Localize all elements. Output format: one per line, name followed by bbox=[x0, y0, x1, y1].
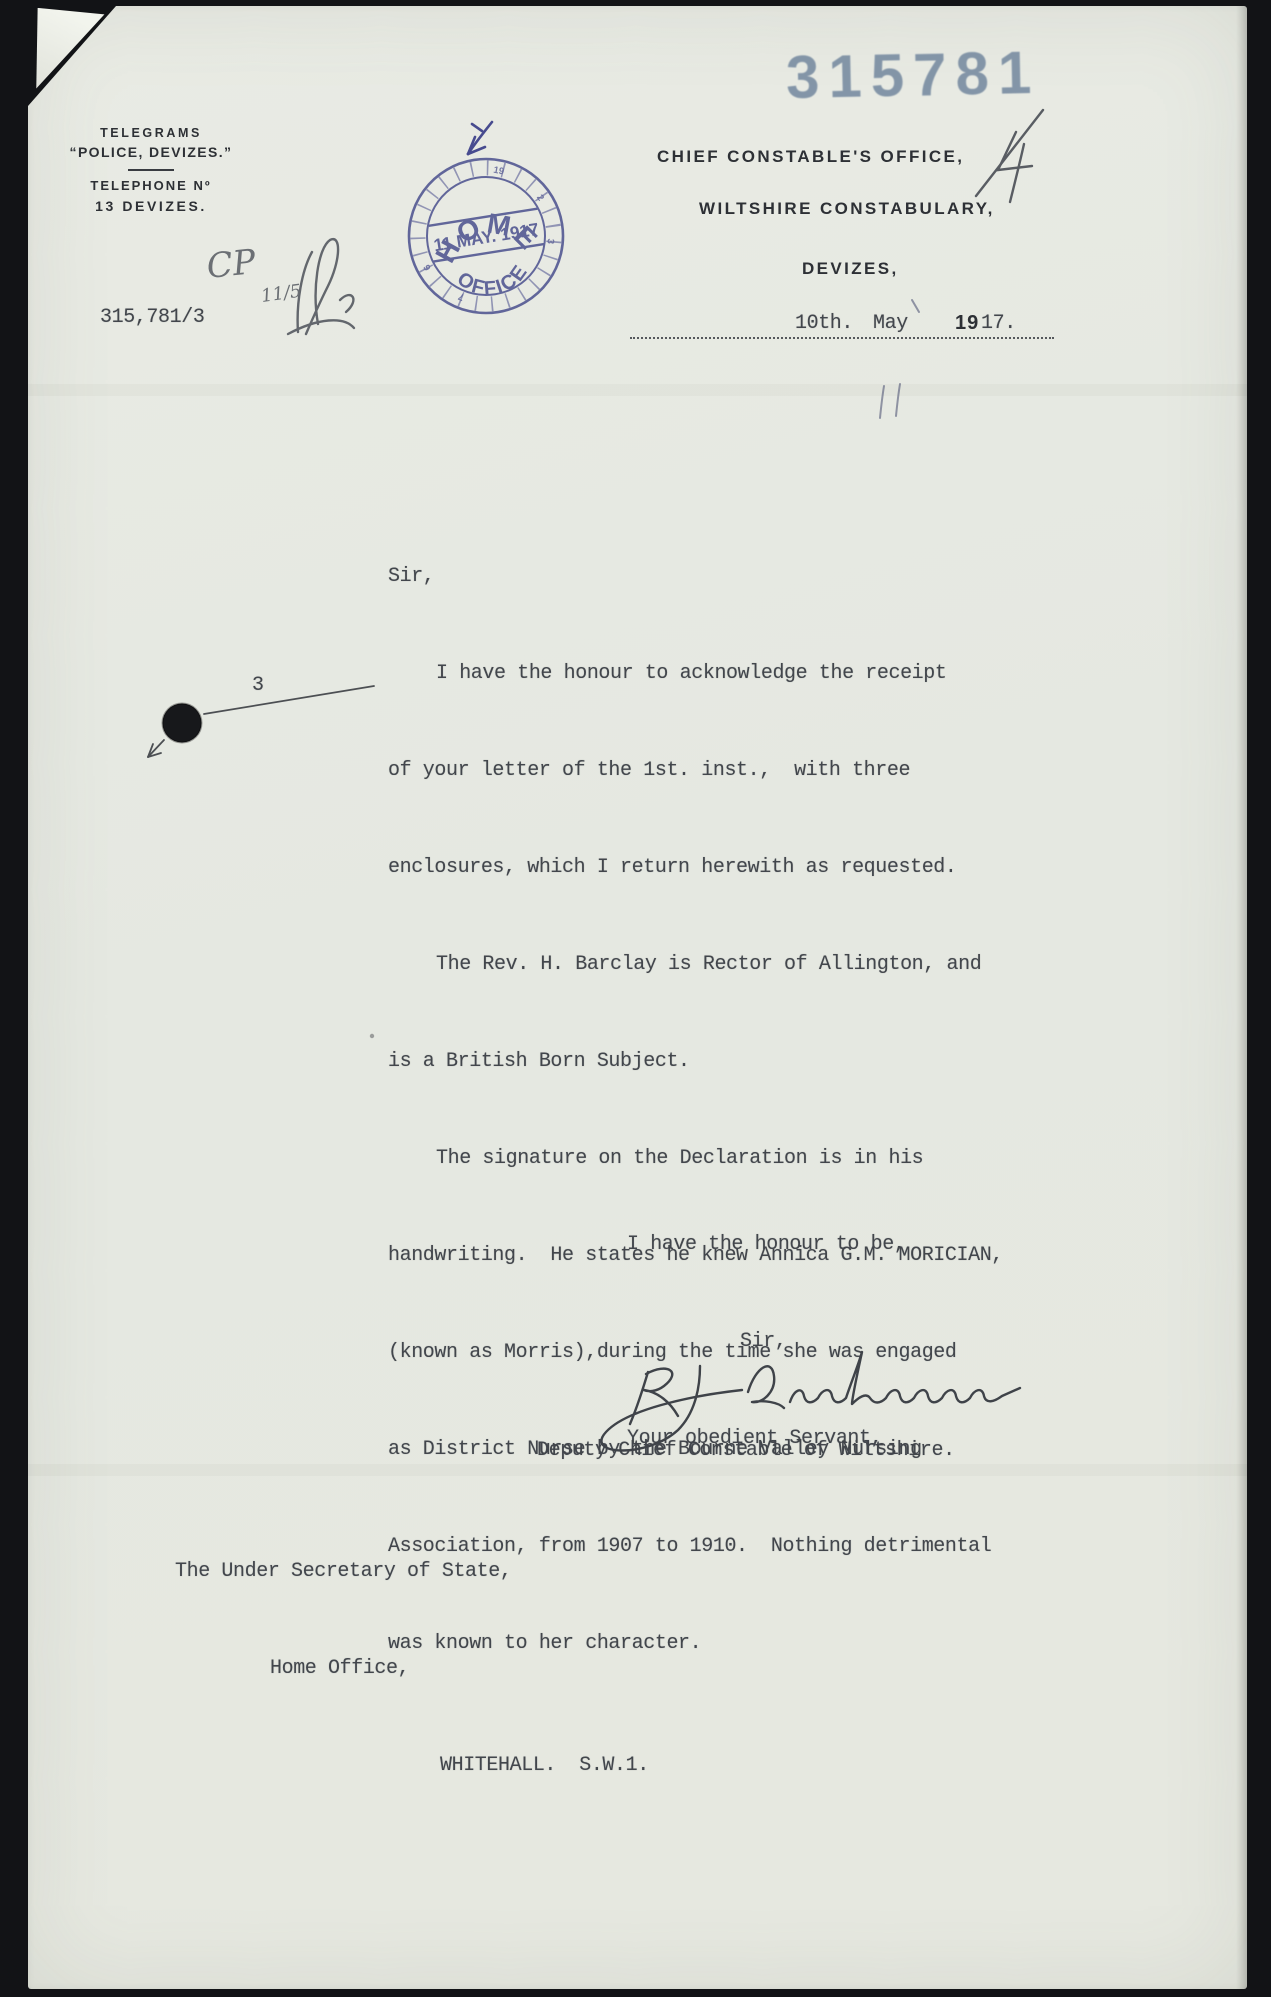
stamp-ring-digit: 3 bbox=[545, 238, 556, 244]
letterhead-force: WILTSHIRE CONSTABULARY, bbox=[699, 199, 995, 219]
letterhead-office: CHIEF CONSTABLE'S OFFICE, bbox=[657, 147, 964, 167]
letter-line: of your letter of the 1st. inst., with t… bbox=[388, 745, 1003, 796]
letter-line: I have the honour to acknowledge the rec… bbox=[388, 648, 1003, 699]
telegrams-label: TELEGRAMS bbox=[60, 126, 242, 140]
letterhead-town: DEVIZES, bbox=[802, 259, 899, 279]
letter-line: is a British Born Subject. bbox=[388, 1036, 1003, 1087]
registry-number-stamp: 315781 bbox=[785, 37, 1086, 112]
punch-annotation-label: 3 bbox=[252, 672, 264, 700]
date-year-typed: 17. bbox=[981, 312, 1016, 335]
recipient-line: The Under Secretary of State, bbox=[175, 1546, 649, 1597]
stamp-ring-digit: 7 bbox=[457, 290, 466, 302]
telephone-value: 13 DEVIZES. bbox=[60, 198, 242, 214]
date-day: 10th. bbox=[795, 312, 853, 335]
letterhead-left: TELEGRAMS “POLICE, DEVIZES.” TELEPHONE N… bbox=[60, 126, 242, 214]
closing-line: I have the honour to be, bbox=[627, 1219, 905, 1270]
recipient-line: WHITEHALL. S.W.1. bbox=[175, 1740, 649, 1791]
telephone-label: TELEPHONE Nº bbox=[60, 178, 242, 193]
letter-line: The Rev. H. Barclay is Rector of Allingt… bbox=[388, 939, 1003, 990]
telegrams-value: “POLICE, DEVIZES.” bbox=[60, 144, 242, 160]
date-year-printed: 19 bbox=[955, 312, 979, 335]
recipient-address: The Under Secretary of State, Home Offic… bbox=[175, 1500, 649, 1814]
divider-rule bbox=[128, 169, 174, 171]
date-month: May bbox=[873, 312, 908, 335]
letter-line: enclosures, which I return herewith as r… bbox=[388, 842, 1003, 893]
date-line: 10th. May 19 17. bbox=[630, 300, 1054, 339]
home-office-stamp: HOME OFFICE 11 MAY. 1917 19 2 3 7 6 bbox=[388, 138, 585, 335]
closing-line: Sir, bbox=[627, 1316, 905, 1367]
recipient-line: Home Office, bbox=[175, 1643, 649, 1694]
scan-band bbox=[28, 384, 1247, 396]
signature-title: Deputy Chief Constable of Wiltshire. bbox=[537, 1436, 955, 1466]
stamp-ring-digit: 19 bbox=[492, 165, 504, 178]
stamp-ring-digit: 6 bbox=[422, 262, 434, 272]
reference-number: 315,781/3 bbox=[100, 304, 204, 332]
letter-line: Sir, bbox=[388, 551, 1003, 602]
